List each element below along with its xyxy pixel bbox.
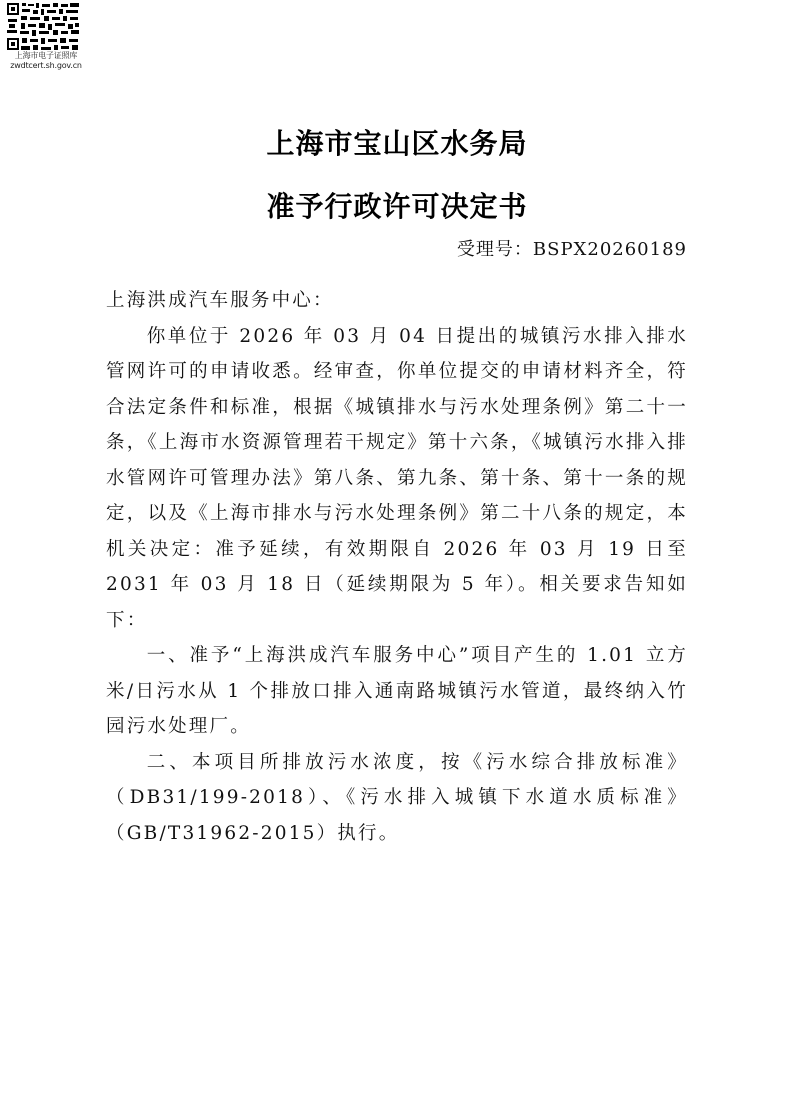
decision-paragraph: 你单位于 2026 年 03 月 04 日提出的城镇污水排入排水管网许可的申请收… <box>106 319 688 639</box>
addressee: 上海洪成汽车服务中心： <box>106 283 688 319</box>
qr-caption-url: zwdtcert.sh.gov.cn <box>4 61 88 70</box>
requirement-item-1: 一、准予“上海洪成汽车服务中心”项目产生的 1.01 立方米/日污水从 1 个排… <box>106 638 688 745</box>
qr-caption-source: 上海市电子证照库 <box>4 51 88 60</box>
qr-code-icon <box>6 2 80 52</box>
issuer-title: 上海市宝山区水务局 <box>0 122 794 162</box>
document-body: 上海洪成汽车服务中心： 你单位于 2026 年 03 月 04 日提出的城镇污水… <box>106 283 688 851</box>
reference-number-line: 受理号：BSPX20260189 <box>457 235 687 261</box>
qr-code <box>6 2 80 52</box>
reference-label: 受理号： <box>457 239 533 260</box>
document-title: 准予行政许可决定书 <box>0 185 794 225</box>
requirement-item-2: 二、本项目所排放污水浓度，按《污水综合排放标准》（DB31/199-2018）、… <box>106 745 688 852</box>
reference-number: BSPX20260189 <box>533 239 687 260</box>
